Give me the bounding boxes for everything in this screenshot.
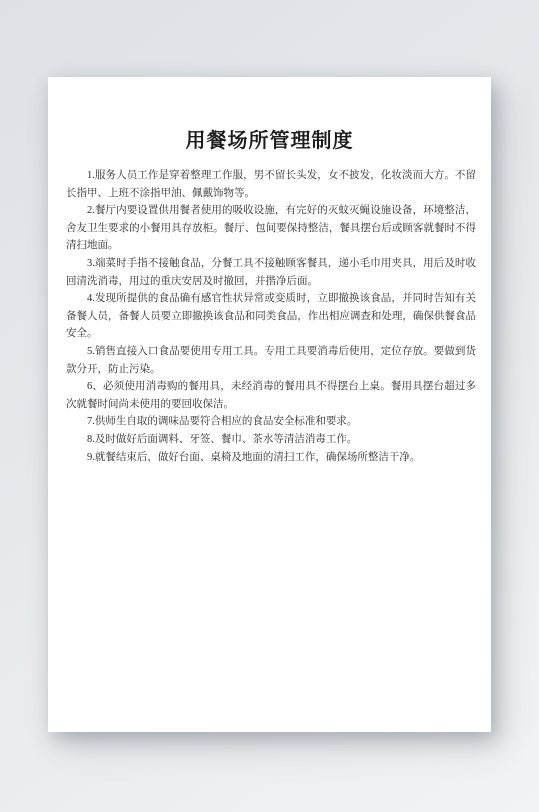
document-page: 用餐场所管理制度 1.服务人员工作是穿着整理工作服，男不留长头发，女不披发，化妆… [48,77,491,732]
page-background: { "page": { "background_color": "#e6e9ec… [0,0,539,812]
document-paragraph-9: 9.就餐结束后，做好台面、桌椅及地面的清扫工作，确保场所整洁干净。 [66,449,476,467]
document-paragraph-6: 6、必须使用消毒购的餐用具，未经消毒的餐用具不得摆台上桌。餐用具摆台超过多次就餐… [66,378,476,413]
document-title: 用餐场所管理制度 [48,124,491,153]
document-paragraph-5: 5.销售直接入口食品要使用专用工具。专用工具要消毒后使用，定位存放。要做到货款分… [66,343,476,378]
document-body: 1.服务人员工作是穿着整理工作服，男不留长头发，女不披发，化妆淡而大方。不留长指… [48,167,491,466]
document-paragraph-3: 3.端菜时手指不接触食品，分餐工具不接触顾客餐具，递小毛巾用夹具，用后及时收回清… [66,255,476,290]
document-paragraph-4: 4.发现所提供的食品确有感官性状异常或变质时，立即撤换该食品，并同时告知有关备餐… [66,290,476,343]
document-paragraph-8: 8.及时做好后面调料、牙签、餐巾、茶水等清洁消毒工作。 [66,431,476,449]
document-paragraph-7: 7.供师生自取的调味品要符合相应的食品安全标准和要求。 [66,413,476,431]
document-paragraph-1: 1.服务人员工作是穿着整理工作服，男不留长头发，女不披发，化妆淡而大方。不留长指… [66,167,476,202]
document-paragraph-2: 2.餐厅内要设置供用餐者使用的吸收设施，有完好的灭蚊灭蝇设施设备，环境整洁，舍友… [66,202,476,255]
